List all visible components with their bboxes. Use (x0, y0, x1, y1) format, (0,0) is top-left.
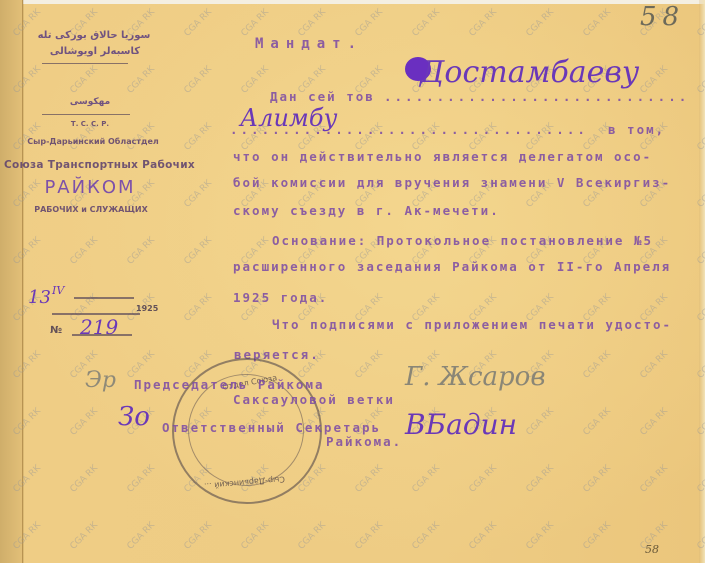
registration-year: 1925 (136, 304, 158, 313)
basis-line-2: расширенного заседания Райкома от II-го … (233, 259, 671, 274)
letterhead-line-2: Союза Транспортных Рабочих (4, 159, 180, 171)
body-line-1-dots: ............................. (384, 89, 689, 104)
basis-line-3: 1925 года. (233, 290, 328, 305)
page-right-edge (699, 0, 705, 563)
document-title: Мандат. (255, 36, 363, 52)
chairman-title-2: Саксауловой ветки (233, 392, 395, 407)
secretary-signature: ВБадин (405, 408, 517, 441)
letterhead-line-4: РАБОЧИХ и СЛУЖАЩИХ (8, 205, 174, 214)
body-line-5: скому съезду в г. Ак-мечети. (233, 203, 500, 218)
letterhead-ussr: Т. С. С. Р. (60, 120, 120, 128)
binding-fold (22, 0, 24, 563)
left-initial-ink: Зо (118, 402, 150, 432)
body-line-3: что он действительно является делегатом … (233, 149, 652, 164)
registration-day: 13 (28, 287, 51, 308)
letterhead-arabic-2: ﻛﺎﺳﺒﻪﻟﺮ ﺍﻭﻳﻮﺷﺎﻟﻰ (40, 46, 150, 57)
addressee-name: Алимбу (240, 104, 337, 132)
page-top-edge (0, 0, 705, 4)
secretary-title-1: Ответственный Секретарь (162, 420, 381, 435)
registration-rule-1 (74, 297, 134, 299)
letterhead-rule (42, 63, 128, 64)
letterhead-arabic-3: ﻣﻬﻜﻮﺳﻰ (50, 97, 130, 107)
basis-line-1: Основание: Протокольное постановление №5 (272, 233, 653, 248)
body-line-4: бой комиссии для вручения знамени V Всек… (233, 175, 671, 190)
secretary-title-2: Райкома. (326, 434, 402, 449)
binding-edge (0, 0, 23, 563)
letterhead-line-3: РАЙКОМ (40, 177, 140, 198)
registration-rule-3 (72, 334, 132, 336)
addressee-surname: Достамбаеву (420, 55, 639, 90)
letterhead-line-1: Сыр-Дарьинский Областдел (18, 137, 168, 146)
left-initial-pencil: Эр (85, 368, 116, 393)
chairman-title-1: Председатель Райкома (134, 377, 325, 392)
archive-page-number-bottom: 58 (645, 543, 659, 556)
letterhead-rule-2 (42, 114, 130, 115)
chairman-signature: Г. Жсаров (405, 362, 545, 392)
registration-month: IV (52, 284, 64, 297)
archive-page-number: 58 (640, 2, 685, 32)
certification-line-1: Что подписями с приложением печати удост… (272, 317, 672, 332)
letterhead-arabic-1: ﺳﻮﺭﻳﺎ ﺣﺎﻟﺎﻕ ﺑﻮﺭﻛﻰ ﺗﻠﻪ (34, 30, 154, 41)
registration-number-label: № (50, 325, 62, 336)
body-line-2-suffix: в том, (608, 122, 665, 137)
body-line-1-prefix: Дан сей тов (270, 89, 375, 104)
